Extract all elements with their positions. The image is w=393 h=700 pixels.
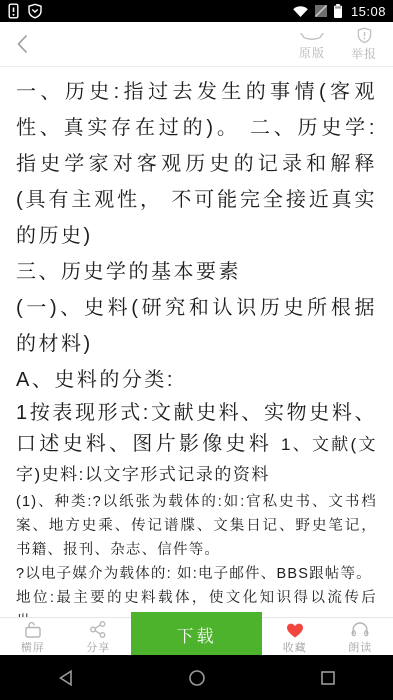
- home-circle-icon: [188, 669, 206, 687]
- phone-screen: 15:08 原版: [0, 0, 393, 700]
- share-button[interactable]: 分享: [66, 618, 132, 655]
- wifi-icon: [292, 4, 309, 18]
- no-signal-icon: [314, 4, 328, 18]
- original-version-button[interactable]: 原版: [289, 22, 335, 67]
- heart-icon: [285, 621, 305, 639]
- clock-time: 15:08: [351, 4, 386, 19]
- recents-square-icon: [320, 670, 336, 686]
- nav-back-button[interactable]: [0, 655, 131, 700]
- read-aloud-button[interactable]: 朗读: [328, 618, 393, 655]
- shield-check-icon: [27, 3, 43, 19]
- battery-icon: [333, 3, 343, 19]
- status-right-icons: 15:08: [292, 3, 386, 19]
- closed-eye-icon: [299, 28, 325, 43]
- nav-recents-button[interactable]: [262, 655, 393, 700]
- status-bar: 15:08: [0, 0, 393, 22]
- paragraph: 三、历史学的基本要素: [16, 254, 377, 290]
- paragraph: 一、历史:指过去发生的事情(客观性、真实存在过的)。 二、历史学:指史学家对客观…: [16, 74, 377, 254]
- read-aloud-label: 朗读: [348, 639, 372, 655]
- paragraph: (1)、种类:?以纸张为载体的:如:官私史书、文书档案、地方史乘、传记谱牒、文集…: [16, 490, 377, 562]
- back-triangle-icon: [58, 669, 74, 687]
- favorite-button[interactable]: 收藏: [262, 618, 328, 655]
- rotate-screen-icon: [22, 620, 44, 639]
- android-nav-bar: [0, 655, 393, 700]
- text-segment: (1)、种类:?以纸张为载体的:如:官私史书、文书档案、地方史乘、传记谱牒、文集…: [16, 494, 377, 558]
- paragraph: A、史料的分类:: [16, 362, 377, 398]
- paragraph: 1按表现形式:文献史料、实物史料、口述史料、图片影像史料 1、文献(文字)史料:…: [16, 398, 377, 490]
- text-segment: A、史料的分类:: [16, 369, 175, 391]
- favorite-label: 收藏: [283, 639, 307, 655]
- report-button[interactable]: 举报: [341, 22, 387, 67]
- sim-alert-icon: [7, 3, 20, 19]
- text-segment: 一、历史:指过去发生的事情(客观性、真实存在过的)。 二、历史学:指史学家对客观…: [16, 81, 377, 247]
- text-segment: ?以电子媒介为载体的: 如:电子邮件、BBS跟帖等。: [16, 566, 372, 582]
- back-button[interactable]: [0, 22, 44, 67]
- original-version-label: 原版: [299, 44, 325, 61]
- paragraph: ?以电子媒介为载体的: 如:电子邮件、BBS跟帖等。: [16, 562, 377, 586]
- download-button[interactable]: 下载: [131, 612, 262, 656]
- share-label: 分享: [86, 639, 110, 655]
- text-segment: (一)、史料(研究和认识历史所根据的材料): [16, 297, 377, 355]
- app-toolbar: 原版 举报: [0, 22, 393, 67]
- headphones-icon: [350, 620, 370, 639]
- landscape-button[interactable]: 横屏: [0, 618, 66, 655]
- status-left-icons: [7, 3, 43, 19]
- landscape-label: 横屏: [21, 639, 45, 655]
- text-segment: 三、历史学的基本要素: [16, 261, 241, 283]
- bottom-toolbar: 横屏 分享 下载 收藏: [0, 617, 393, 655]
- document-body[interactable]: 一、历史:指过去发生的事情(客观性、真实存在过的)。 二、历史学:指史学家对客观…: [0, 68, 393, 617]
- report-label: 举报: [351, 45, 377, 62]
- nav-home-button[interactable]: [131, 655, 262, 700]
- share-icon: [88, 620, 108, 639]
- chevron-left-icon: [16, 33, 29, 55]
- paragraph: (一)、史料(研究和认识历史所根据的材料): [16, 290, 377, 362]
- report-shield-icon: [356, 27, 373, 44]
